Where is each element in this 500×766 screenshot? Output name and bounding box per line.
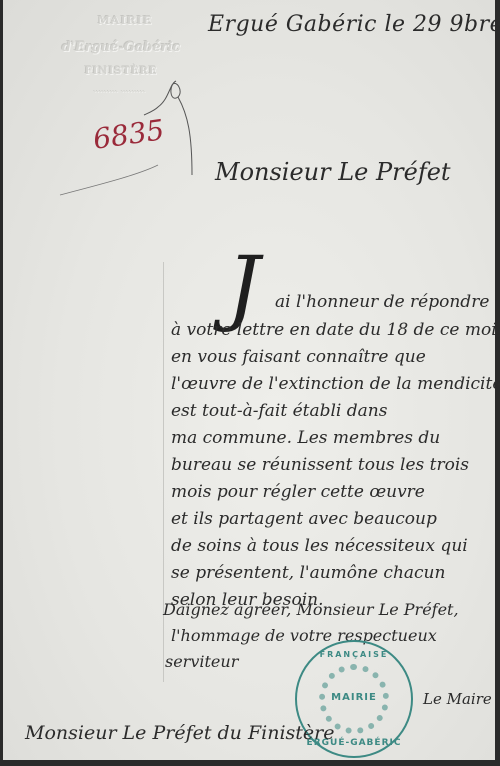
margin-rule (163, 262, 164, 682)
stamp-top-text: FRANÇAISE (297, 650, 411, 659)
body-line: en vous faisant connaître que (171, 347, 426, 367)
body-line: mois pour régler cette œuvre (171, 482, 425, 502)
closing-line: l'hommage de votre respectueux (171, 626, 437, 645)
body-line: de soins à tous les nécessiteux qui (171, 536, 468, 556)
addressee-line: Monsieur Le Préfet du Finistère (25, 722, 335, 744)
letterhead-commune: d'Ergué-Gabéric (51, 40, 191, 55)
body-line: à votre lettre en date du 18 de ce mois (171, 320, 500, 340)
letter-body: J ai l'honneur de répondre à votre lettr… (165, 240, 495, 680)
body-line: est tout-à-fait établi dans (171, 401, 387, 421)
closing-line: serviteur (165, 652, 238, 671)
date-line: Ergué Gabéric le 29 9bre 1864 (208, 12, 500, 37)
closing-line: Daignez agréer, Monsieur Le Préfet, (163, 600, 459, 619)
body-line: se présentent, l'aumône chacun (171, 563, 445, 583)
letterhead-mairie: MAIRIE (65, 14, 185, 27)
signature: Le Maire (423, 690, 492, 708)
body-line: l'œuvre de l'extinction de la mendicité (171, 374, 500, 394)
body-line: bureau se réunissent tous les trois (171, 455, 469, 475)
body-line: ai l'honneur de répondre (275, 292, 489, 312)
body-line: ma commune. Les membres du (171, 428, 440, 448)
body-line: et ils partagent avec beaucoup (171, 509, 437, 529)
letter-sheet: MAIRIE d'Ergué-Gabéric FINISTÈRE .......… (3, 0, 495, 760)
salutation: Monsieur Le Préfet (215, 158, 451, 186)
stamp-center-text: MAIRIE (297, 692, 411, 703)
